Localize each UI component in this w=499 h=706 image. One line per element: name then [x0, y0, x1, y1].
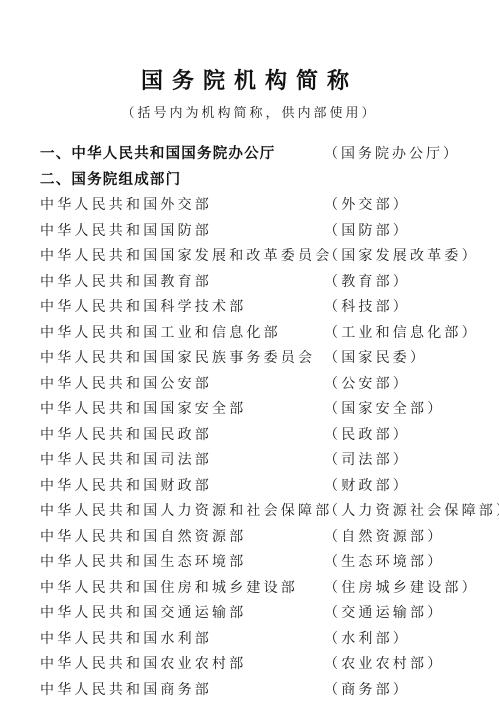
list-item: 中华人民共和国民政部 （民政部） [40, 424, 490, 450]
department-name: 中华人民共和国财政部 [40, 475, 212, 497]
department-abbreviation: （商务部） [324, 679, 410, 701]
department-name: 中华人民共和国国家安全部 [40, 398, 246, 420]
document-subtitle: （括号内为机构简称，供内部使用） [0, 104, 499, 124]
list-item: 中华人民共和国生态环境部 （生态环境部） [40, 551, 490, 577]
list-item: 中华人民共和国国家发展和改革委员会 （国家发展改革委） [40, 245, 490, 271]
department-abbreviation: （交通运输部） [324, 602, 444, 624]
list-item: 中华人民共和国外交部 （外交部） [40, 194, 490, 220]
department-abbreviation: （司法部） [324, 449, 410, 471]
department-name: 中华人民共和国公安部 [40, 373, 212, 395]
list-item: 中华人民共和国公安部 （公安部） [40, 373, 490, 399]
department-abbreviation: （财政部） [324, 475, 410, 497]
department-name: 中华人民共和国农业农村部 [40, 653, 246, 675]
department-name: 中华人民共和国司法部 [40, 449, 212, 471]
department-abbreviation: （生态环境部） [324, 551, 444, 573]
department-abbreviation: （水利部） [324, 628, 410, 650]
list-item: 中华人民共和国水利部 （水利部） [40, 628, 490, 654]
department-name: 中华人民共和国工业和信息化部 [40, 322, 281, 344]
list-item: 中华人民共和国科学技术部 （科技部） [40, 296, 490, 322]
department-abbreviation: （国家安全部） [324, 398, 444, 420]
list-item: 中华人民共和国司法部 （司法部） [40, 449, 490, 475]
list-item: 中华人民共和国国防部 （国防部） [40, 220, 490, 246]
list-item: 中华人民共和国交通运输部 （交通运输部） [40, 602, 490, 628]
department-abbreviation: （民政部） [324, 424, 410, 446]
department-name: 中华人民共和国水利部 [40, 628, 212, 650]
department-abbreviation: （外交部） [324, 194, 410, 216]
section-heading-general-office: 一、中华人民共和国国务院办公厅 （国务院办公厅） [40, 143, 490, 169]
agency-list: 一、中华人民共和国国务院办公厅 （国务院办公厅） 二、国务院组成部门 中华人民共… [40, 143, 490, 704]
list-item: 中华人民共和国国家民族事务委员会 （国家民委） [40, 347, 490, 373]
department-name: 中华人民共和国国家发展和改革委员会 [40, 245, 332, 267]
department-name: 中华人民共和国人力资源和社会保障部 [40, 500, 332, 522]
department-abbreviation: （国家民委） [324, 347, 427, 369]
section-heading-constituent-departments: 二、国务院组成部门 [40, 169, 490, 195]
section-abbreviation: （国务院办公厅） [324, 143, 460, 165]
list-item: 中华人民共和国住房和城乡建设部 （住房城乡建设部） [40, 577, 490, 603]
department-abbreviation: （公安部） [324, 373, 410, 395]
list-item: 中华人民共和国工业和信息化部 （工业和信息化部） [40, 322, 490, 348]
section-heading-text: 二、国务院组成部门 [40, 169, 181, 191]
department-abbreviation: （科技部） [324, 296, 410, 318]
document-page: 国务院机构简称 （括号内为机构简称，供内部使用） 一、中华人民共和国国务院办公厅… [0, 0, 499, 706]
list-item: 中华人民共和国商务部 （商务部） [40, 679, 490, 705]
department-abbreviation: （国家发展改革委） [324, 245, 479, 267]
department-abbreviation: （自然资源部） [324, 526, 444, 548]
list-item: 中华人民共和国教育部 （教育部） [40, 271, 490, 297]
department-name: 中华人民共和国商务部 [40, 679, 212, 701]
list-item: 中华人民共和国国家安全部 （国家安全部） [40, 398, 490, 424]
department-name: 中华人民共和国国防部 [40, 220, 212, 242]
list-item: 中华人民共和国财政部 （财政部） [40, 475, 490, 501]
department-name: 中华人民共和国住房和城乡建设部 [40, 577, 298, 599]
list-item: 中华人民共和国自然资源部 （自然资源部） [40, 526, 490, 552]
department-name: 中华人民共和国科学技术部 [40, 296, 246, 318]
list-item: 中华人民共和国人力资源和社会保障部 （人力资源社会保障部） [40, 500, 490, 526]
department-name: 中华人民共和国生态环境部 [40, 551, 246, 573]
department-name: 中华人民共和国民政部 [40, 424, 212, 446]
department-abbreviation: （教育部） [324, 271, 410, 293]
department-name: 中华人民共和国外交部 [40, 194, 212, 216]
list-item: 中华人民共和国农业农村部 （农业农村部） [40, 653, 490, 679]
department-abbreviation: （人力资源社会保障部） [324, 500, 499, 522]
department-abbreviation: （住房城乡建设部） [324, 577, 479, 599]
section-heading-text: 一、中华人民共和国国务院办公厅 [40, 143, 276, 165]
department-name: 中华人民共和国交通运输部 [40, 602, 246, 624]
department-name: 中华人民共和国国家民族事务委员会 [40, 347, 315, 369]
department-name: 中华人民共和国教育部 [40, 271, 212, 293]
department-name: 中华人民共和国自然资源部 [40, 526, 246, 548]
department-abbreviation: （国防部） [324, 220, 410, 242]
department-abbreviation: （农业农村部） [324, 653, 444, 675]
document-title: 国务院机构简称 [0, 68, 499, 96]
department-abbreviation: （工业和信息化部） [324, 322, 479, 344]
